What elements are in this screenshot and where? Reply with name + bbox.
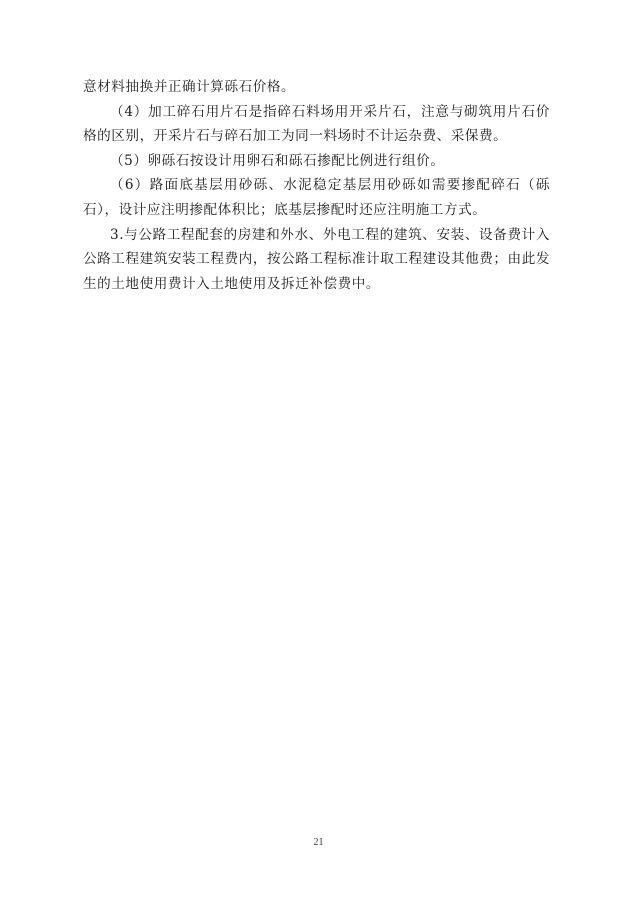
- body-text: 意材料抽换并正确计算砾石价格。 （4）加工碎石用片石是指碎石料场用开采片石，注意…: [83, 75, 550, 296]
- paragraph-section-3: 3.与公路工程配套的房建和外水、外电工程的建筑、安装、设备费计入公路工程建筑安装…: [83, 223, 550, 297]
- paragraph-item-4: （4）加工碎石用片石是指碎石料场用开采片石，注意与砌筑用片石价格的区别，开采片石…: [83, 100, 550, 149]
- page-number: 21: [0, 837, 637, 848]
- document-page: 意材料抽换并正确计算砾石价格。 （4）加工碎石用片石是指碎石料场用开采片石，注意…: [0, 0, 637, 901]
- paragraph-item-5: （5）卵砾石按设计用卵石和砾石掺配比例进行组价。: [83, 149, 550, 174]
- paragraph-continuation: 意材料抽换并正确计算砾石价格。: [83, 75, 550, 100]
- paragraph-item-6: （6）路面底基层用砂砾、水泥稳定基层用砂砾如需要掺配碎石（砾石），设计应注明掺配…: [83, 173, 550, 222]
